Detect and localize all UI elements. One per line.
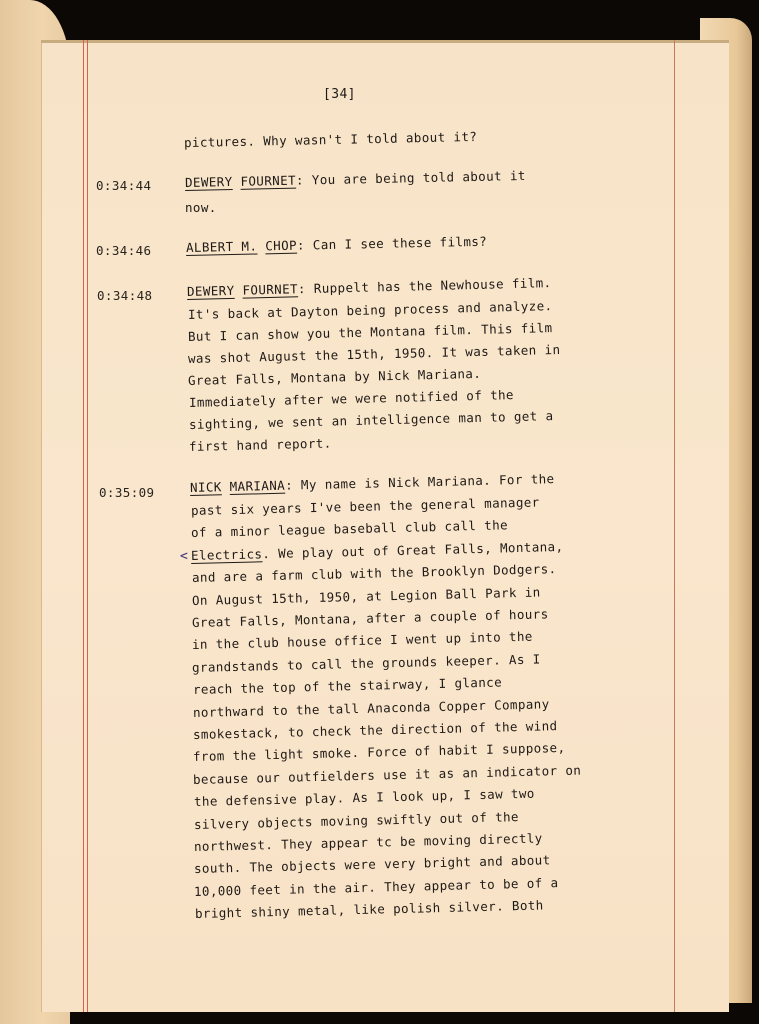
dialogue-text: sighting, we sent an intelligence man to… [189,408,554,432]
dialogue-text: : You are being told about it [296,168,526,188]
dialogue-text: 10,000 feet in the air. They appear to b… [194,875,559,899]
handwritten-mark: < [180,549,188,564]
timestamp: 0:34:48 [97,288,152,303]
speaker-name: MARIANA [229,478,285,494]
dialogue-text: smokestack, to check the direction of th… [193,718,558,742]
dialogue-text: Electrics. We play out of Great Falls, M… [191,539,564,563]
dialogue-text: It's back at Dayton being process and an… [188,298,553,322]
dialogue-text: northwest. They appear tc be moving dire… [194,830,543,854]
speaker-name: FOURNET [242,281,298,297]
dialogue-text: first hand report. [189,436,332,454]
dialogue-text: in the club house office I went up into … [192,629,533,652]
timestamp: 0:34:44 [96,178,151,193]
transcript-page: [34] pictures. Why wasn't I told about i… [41,40,729,1012]
timestamp: 0:35:09 [99,485,154,500]
dialogue-text: : Ruppelt has the Newhouse film. [298,275,552,296]
speaker-name: DEWERY [185,174,233,190]
timestamp: 0:34:46 [96,243,151,258]
dialogue-text: On August 15th, 1950, at Legion Ball Par… [192,584,541,608]
dialogue-text: south. The objects were very bright and … [194,853,551,877]
dialogue-text: silvery objects moving swiftly out of th… [194,809,519,832]
dialogue-text: of a minor league baseball club call the [191,518,508,541]
dialogue-text: grandstands to call the grounds keeper. … [192,651,541,675]
dialogue-text: the defensive play. As I look up, I saw … [193,786,534,809]
dialogue-text: Immediately after we were notified of th… [188,387,513,410]
speaker-line: NICK MARIANA: My name is Nick Mariana. F… [190,471,555,495]
dialogue-text: reach the top of the stairway, I glance [192,675,501,698]
speaker-line: DEWERY FOURNET: Ruppelt has the Newhouse… [187,275,552,299]
dialogue-text: northward to the tall Anaconda Copper Co… [193,696,550,720]
dialogue-text: Great Falls, Montana, after a couple of … [192,606,549,630]
speaker-line: DEWERY FOURNET: You are being told about… [185,168,526,190]
transcript-content: [34] pictures. Why wasn't I told about i… [41,40,729,1012]
dialogue-text: bright shiny metal, like polish silver. … [194,898,543,922]
dialogue-text: : Can I see these films? [297,234,487,253]
speaker-name: ALBERT M. [186,239,258,255]
dialogue-text: from the light smoke. Force of habit I s… [193,740,566,764]
speaker-line: ALBERT M. CHOP: Can I see these films? [186,234,487,255]
speaker-name: CHOP [265,238,297,254]
dialogue-text: because our outfielders use it as an ind… [193,762,582,786]
opening-line: pictures. Why wasn't I told about it? [184,129,477,150]
dialogue-text: But I can show you the Montana film. Thi… [188,320,553,344]
speaker-name: DEWERY [187,283,235,299]
speaker-name: NICK [190,479,222,495]
speaker-name: FOURNET [240,173,296,189]
dialogue-text: Great Falls, Montana by Nick Mariana. [188,366,482,388]
dialogue-text: : My name is Nick Mariana. For the [285,471,555,493]
page-number: [34] [323,87,356,102]
dialogue-text: was shot August the 15th, 1950. It was t… [188,342,561,366]
dialogue-text: now. [185,200,217,215]
dialogue-text: and are a farm club with the Brooklyn Do… [191,561,556,585]
dialogue-text: past six years I've been the general man… [191,494,540,518]
